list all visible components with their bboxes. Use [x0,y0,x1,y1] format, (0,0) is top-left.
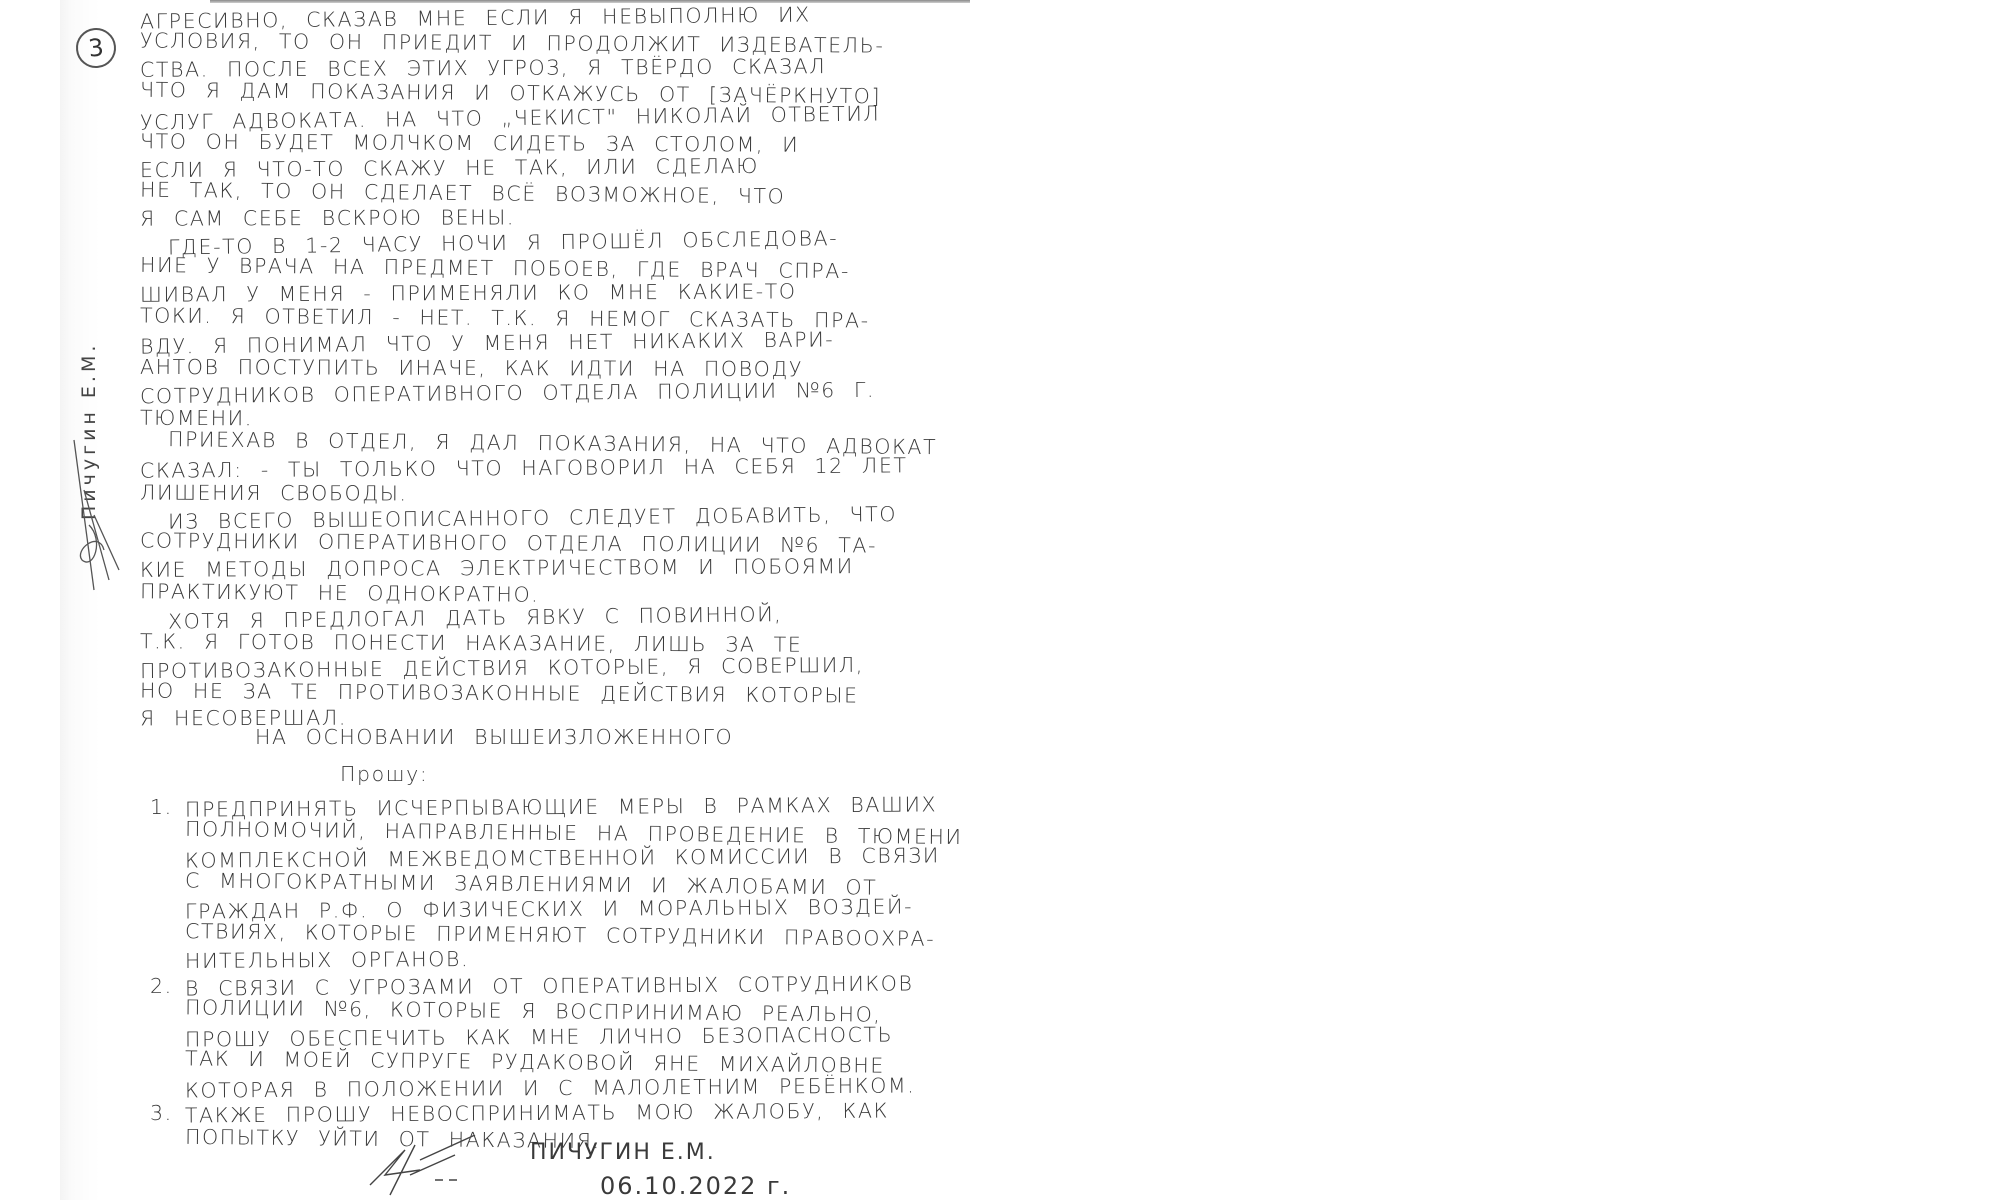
signer-name: Пичугин Е.М. [530,1140,716,1165]
letter-line: что он будет молчком сидеть за столом, и [140,129,799,156]
letter-line: антов поступить иначе, как идти на повод… [140,355,803,381]
page-number: 3 [87,33,105,62]
letter-line: кие методы допроса электричеством и побо… [140,554,854,582]
request-number: 2. [150,974,173,998]
request-number: 3. [150,1101,173,1125]
margin-signature-icon [64,430,134,600]
request-heading: Прошу: [340,762,428,786]
letter-line: лишения свободы. [140,481,408,506]
request-number: 1. [150,795,173,819]
request-line: Также прошу невоспринимать мою жалобу, к… [185,1099,889,1128]
letter-line: практикуют не однократно. [140,579,540,606]
letter-line: ства. После всех этих угроз, я твёрдо ск… [140,54,826,82]
signature-icon [365,1135,485,1200]
basis-line: На основании вышеизложенного [255,725,733,749]
letter-line: сотрудники оперативного отдела полиции №… [140,528,877,557]
scan-edge-line [210,0,970,3]
request-line: которая в положении и с малолетним ребён… [185,1073,915,1102]
request-line: нительных органов. [185,947,469,973]
document-date: 06.10.2022 г. [600,1172,791,1200]
request-line: граждан Р.Ф. о физических и моральных во… [185,894,913,923]
letter-line: шивал у меня - применяли ко мне какие-то [140,279,797,306]
letter-line: я сам себе вскрою вены. [140,205,515,230]
letter-line: т.к. я готов понести наказание, лишь за … [140,629,803,656]
letter-line: но не за те противозаконные действия кот… [140,678,859,707]
